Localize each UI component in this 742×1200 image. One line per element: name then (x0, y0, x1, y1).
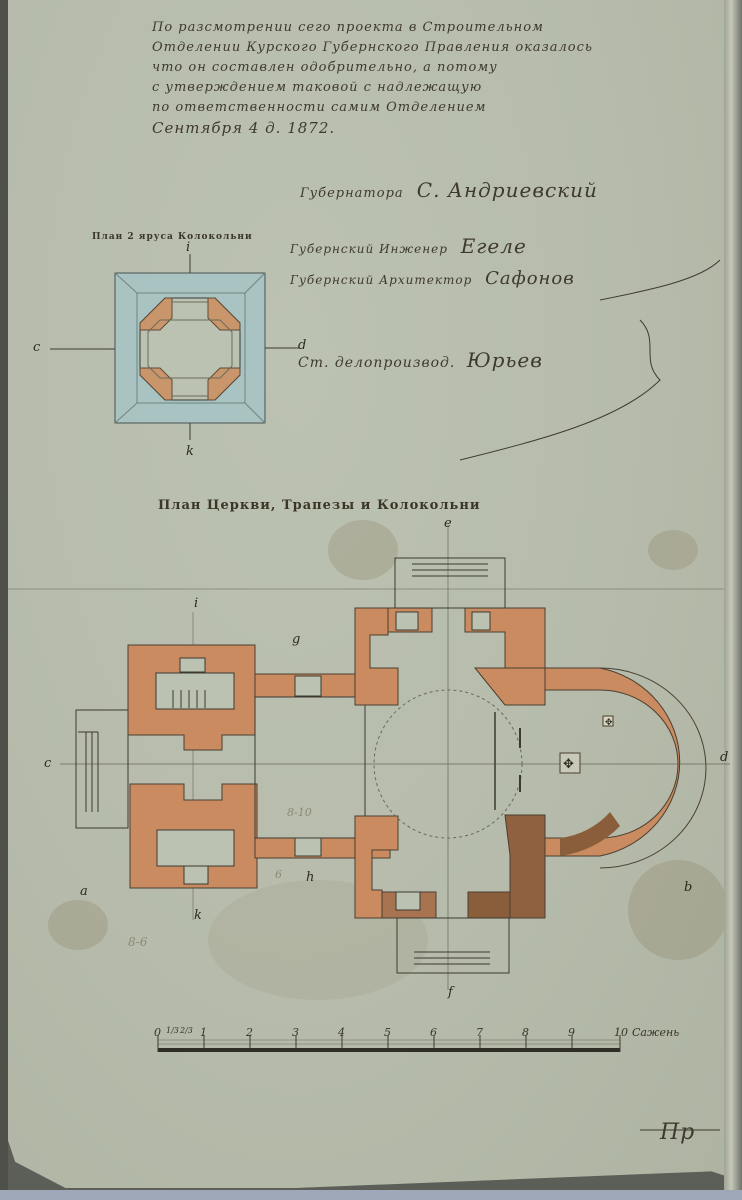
pencil-note: 8-6 (128, 935, 147, 949)
scale-tick-label: 4 (338, 1026, 345, 1039)
axis-label-e: e (444, 516, 452, 531)
axis-label-k-small: k (186, 444, 194, 459)
scale-tick-label: 9 (568, 1026, 575, 1039)
architectural-drawing: ✥ ✥ (0, 0, 742, 1200)
scale-tick-label: 7 (476, 1026, 483, 1039)
axis-label-d: d (720, 750, 728, 765)
axis-label-h: h (306, 870, 314, 885)
scale-tick-label: 5 (384, 1026, 391, 1039)
altar-cross-icon: ✥ (563, 757, 574, 772)
scale-tick-label: 1 (200, 1026, 207, 1039)
scale-tick-label: 3 (292, 1026, 299, 1039)
scale-tick-label: 0 (154, 1026, 161, 1039)
axis-label-k: k (194, 908, 202, 923)
corner-note: Пр (660, 1120, 695, 1145)
scale-tick-label: 1/3 (166, 1026, 179, 1035)
axis-label-b: b (684, 880, 692, 895)
scale-tick-label: 2 (246, 1026, 253, 1039)
axis-label-d-small: d (298, 338, 306, 353)
cross-icon: ✥ (605, 718, 613, 728)
axis-label-c: c (44, 756, 51, 771)
scale-tick-label: 10 (614, 1026, 628, 1039)
axis-label-c-small: c (33, 340, 40, 355)
bell-tower-plan (50, 254, 300, 440)
scale-tick-label: 8 (522, 1026, 529, 1039)
axis-label-i-small: i (186, 240, 190, 255)
axis-label-f: f (448, 985, 453, 1000)
scale-tick-label: 6 (430, 1026, 437, 1039)
church-plan: ✥ ✥ (60, 525, 730, 990)
axis-label-g: g (292, 632, 300, 647)
scale-unit: Сажень (632, 1026, 679, 1039)
scale-tick-label: 2/3 (180, 1026, 193, 1035)
axis-label-a: a (80, 884, 88, 899)
axis-label-i: i (194, 596, 198, 611)
pencil-note: 8-10 (287, 806, 312, 819)
pencil-note: 6 (275, 868, 282, 881)
